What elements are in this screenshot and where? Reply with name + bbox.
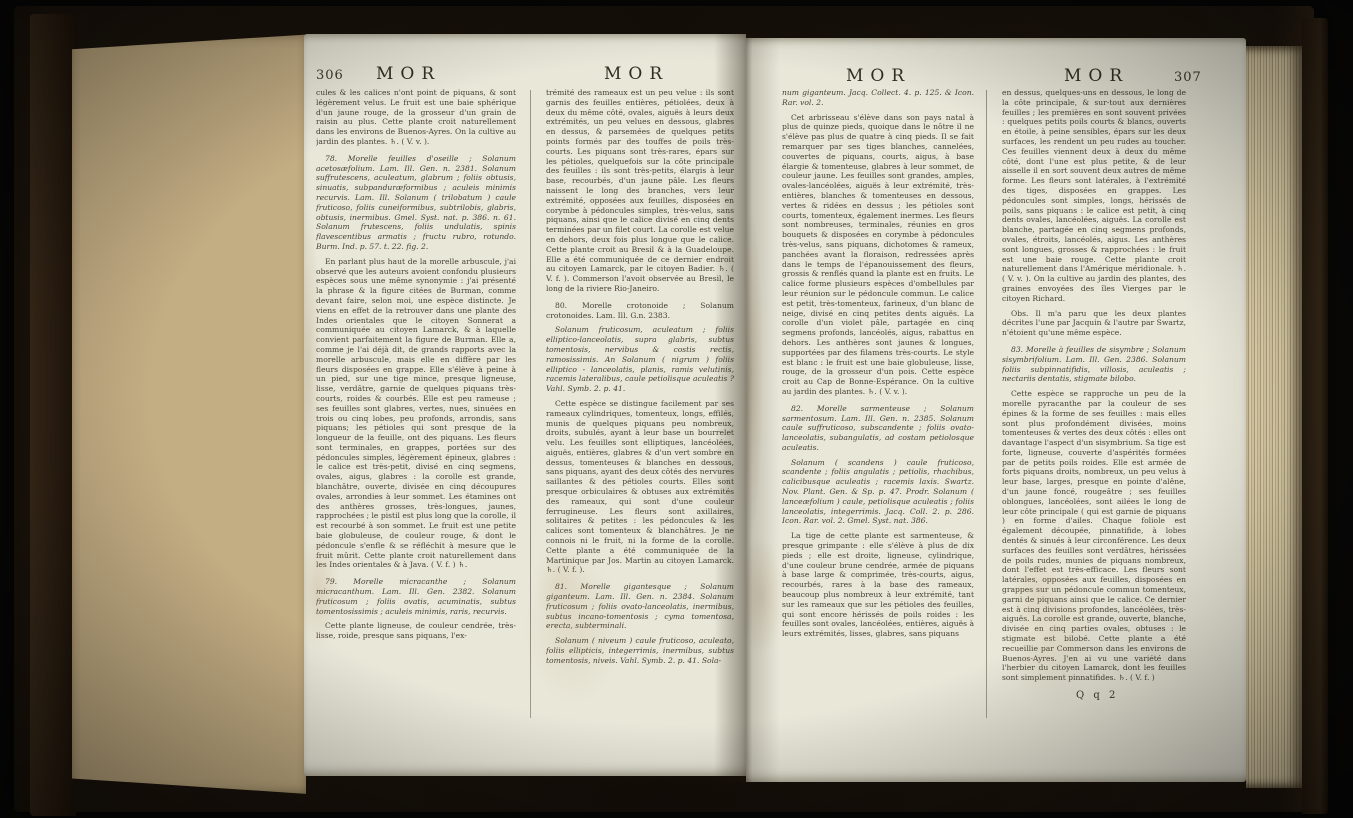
paragraph: num giganteum. Jacq. Collect. 4. p. 125.… <box>782 88 974 108</box>
book-cover-right <box>1302 18 1328 814</box>
paragraph: Solanum ( niveum ) caule fruticoso, acul… <box>546 636 734 665</box>
paragraph: Cette plante ligneuse, de couleur cendré… <box>316 621 516 641</box>
paragraph: trémité des rameaux est un peu velue : i… <box>546 88 734 294</box>
book-cover-left <box>30 14 76 816</box>
paragraph: Obs. Il m'a paru que les deux plantes dé… <box>1002 309 1186 338</box>
paragraph: 80. Morelle crotonoide ; Solanum crotono… <box>546 301 734 321</box>
paragraph: En parlant plus haut de la morelle arbus… <box>316 257 516 571</box>
running-head: MOR <box>376 64 441 84</box>
paragraph: 81. Morelle gigantesque ; Solanum gigant… <box>546 582 734 631</box>
paragraph: Cette espèce se distingue facilement par… <box>546 399 734 575</box>
book: 306 MOR MOR cules & les calices n'ont po… <box>14 6 1314 812</box>
column-rule <box>986 90 987 718</box>
running-head: MOR <box>604 64 669 84</box>
paragraph: cules & les calices n'ont point de piqua… <box>316 88 516 147</box>
paragraph: 78. Morelle feuilles d'oseille ; Solanum… <box>316 154 516 252</box>
page-306: 306 MOR MOR cules & les calices n'ont po… <box>304 34 746 776</box>
text-column-4: en dessus, quelques-uns en dessous, le l… <box>1002 88 1186 724</box>
paragraph: en dessus, quelques-uns en dessous, le l… <box>1002 88 1186 304</box>
page-edges-right <box>1246 46 1302 788</box>
text-column-1: cules & les calices n'ont point de piqua… <box>316 88 516 722</box>
page-number: 307 <box>1174 70 1202 85</box>
running-head: MOR <box>846 66 911 86</box>
printer-signature: Q q 2 <box>1076 690 1118 701</box>
paragraph: Solanum fruticosum, aculeatum ; foliis e… <box>546 325 734 394</box>
paragraph: 79. Morelle micracanthe ; Solanum micrac… <box>316 577 516 616</box>
column-rule <box>530 90 531 718</box>
text-column-2: trémité des rameaux est un peu velue : i… <box>546 88 734 722</box>
paragraph: 83. Morelle à feuilles de sisymbre ; Sol… <box>1002 345 1186 384</box>
paragraph: 82. Morelle sarmenteuse ; Solanum sarmen… <box>782 404 974 453</box>
paragraph: Solanum ( scandens ) caule fruticoso, sc… <box>782 458 974 527</box>
text-column-3: num giganteum. Jacq. Collect. 4. p. 125.… <box>782 88 974 724</box>
photo-background: 306 MOR MOR cules & les calices n'ont po… <box>0 0 1353 818</box>
running-head: MOR <box>1064 66 1129 86</box>
paragraph: Cette espèce se rapproche un peu de la m… <box>1002 389 1186 683</box>
paragraph: La tige de cette plante est sarmenteuse,… <box>782 531 974 639</box>
page-307: MOR MOR 307 num giganteum. Jacq. Collect… <box>746 38 1246 782</box>
page-edges-left <box>72 30 306 800</box>
page-number: 306 <box>316 68 344 83</box>
paragraph: Cet arbrisseau s'élève dans son pays nat… <box>782 113 974 397</box>
